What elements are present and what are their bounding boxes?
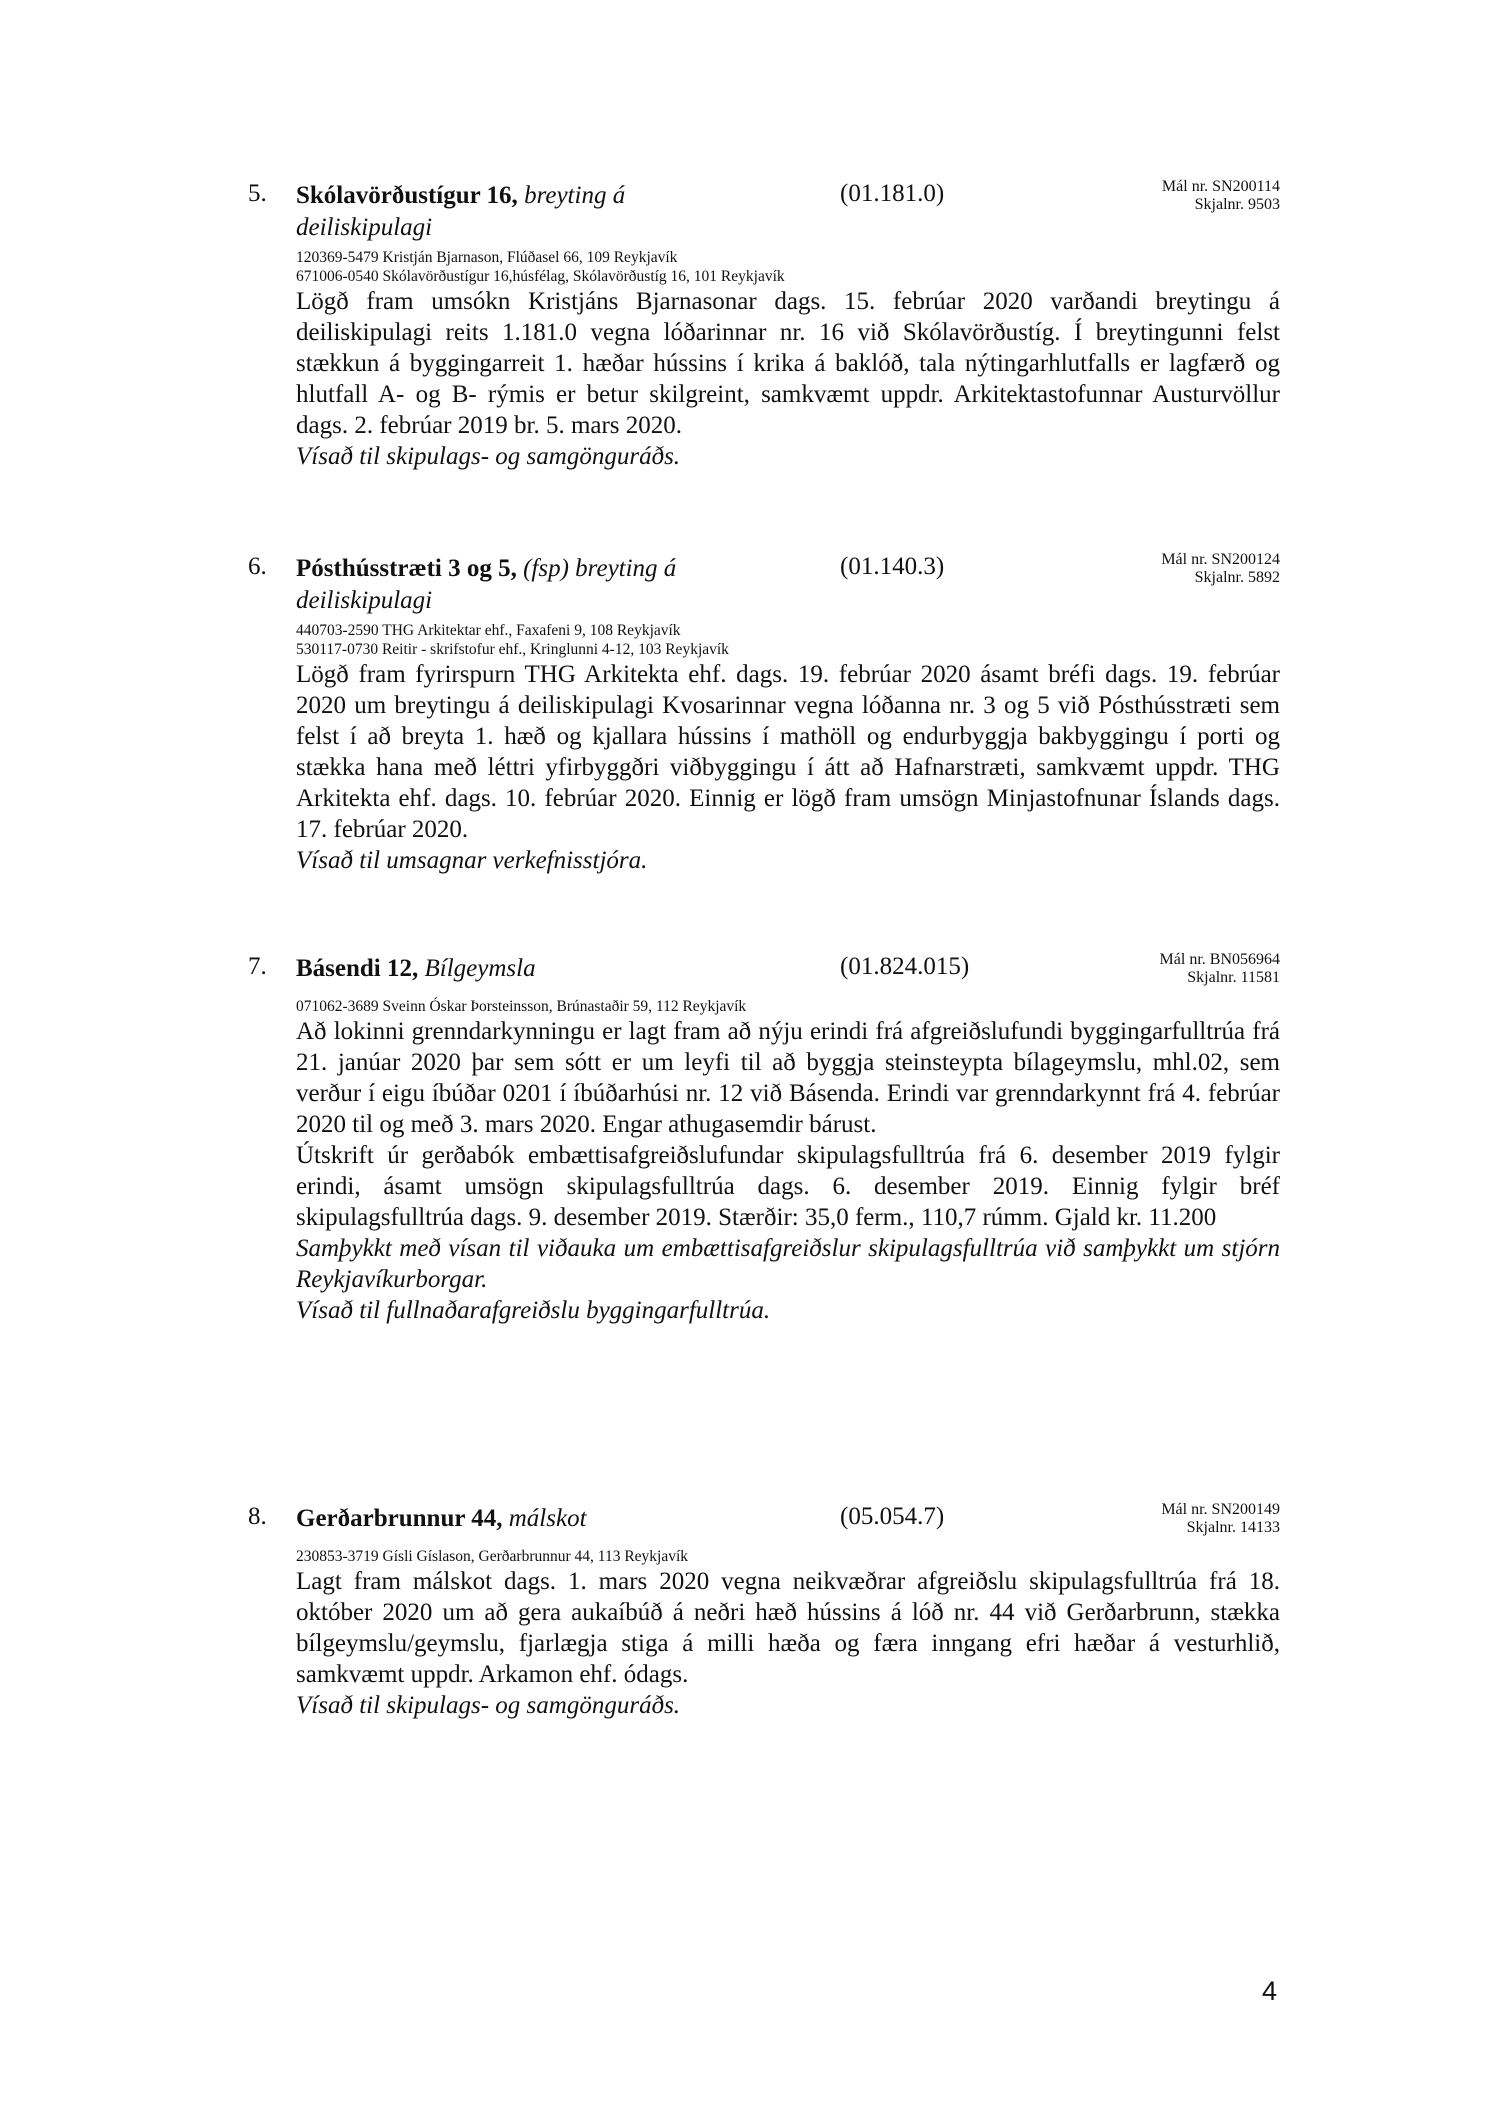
- item-decision: Vísað til fullnaðarafgreiðslu byggingarf…: [296, 1295, 1280, 1326]
- item-header: 8. Gerðarbrunnur 44, málskot (05.054.7) …: [248, 1503, 1280, 1547]
- item-body: Lagt fram málskot dags. 1. mars 2020 veg…: [296, 1566, 1280, 1721]
- item-title-address: Pósthússtræti 3 og 5,: [296, 555, 517, 582]
- case-number: Mál nr. SN200124: [1161, 551, 1280, 569]
- parties: 440703-2590 THG Arkitektar ehf., Faxafen…: [296, 621, 1280, 659]
- item-number: 6.: [248, 553, 267, 581]
- item-title-subject: málskot: [503, 1505, 587, 1532]
- item-title-subject: Bílgeymsla: [418, 955, 535, 982]
- party: 671006-0540 Skólavörðustígur 16,húsfélag…: [296, 267, 1280, 286]
- item-paragraph: Lögð fram umsókn Kristjáns Bjarnasonar d…: [296, 286, 1280, 441]
- page-number: 4: [1262, 1976, 1277, 2007]
- case-number: Mál nr. BN056964: [1160, 951, 1280, 969]
- land-code: (05.054.7): [840, 1503, 944, 1531]
- item-paragraph: Lagt fram málskot dags. 1. mars 2020 veg…: [296, 1566, 1280, 1690]
- land-code: (01.824.015): [840, 953, 969, 981]
- document-number: Skjalnr. 5892: [1161, 569, 1280, 587]
- agenda-item-6: 6. Pósthússtræti 3 og 5, (fsp) breyting …: [248, 553, 1280, 876]
- item-number: 7.: [248, 953, 267, 981]
- item-header: 7. Básendi 12, Bílgeymsla (01.824.015) M…: [248, 953, 1280, 997]
- item-header: 5. Skólavörðustígur 16, breyting á deili…: [248, 180, 1280, 248]
- item-title: Básendi 12, Bílgeymsla: [296, 953, 696, 985]
- document-number: Skjalnr. 9503: [1162, 196, 1280, 214]
- land-code: (01.181.0): [840, 180, 944, 208]
- item-title-address: Skólavörðustígur 16,: [296, 182, 518, 209]
- party: 120369-5479 Kristján Bjarnason, Flúðasel…: [296, 248, 1280, 267]
- case-reference: Mál nr. SN200114 Skjalnr. 9503: [1162, 178, 1280, 214]
- item-header: 6. Pósthússtræti 3 og 5, (fsp) breyting …: [248, 553, 1280, 621]
- party: 230853-3719 Gísli Gíslason, Gerðarbrunnu…: [296, 1547, 1280, 1566]
- agenda-item-5: 5. Skólavörðustígur 16, breyting á deili…: [248, 180, 1280, 472]
- item-decision: Vísað til skipulags- og samgönguráðs.: [296, 441, 1280, 472]
- item-body: Að lokinni grenndarkynningu er lagt fram…: [296, 1016, 1280, 1326]
- item-paragraph: Að lokinni grenndarkynningu er lagt fram…: [296, 1016, 1280, 1140]
- land-code: (01.140.3): [840, 553, 944, 581]
- case-number: Mál nr. SN200149: [1161, 1501, 1280, 1519]
- case-reference: Mál nr. SN200149 Skjalnr. 14133: [1161, 1501, 1280, 1537]
- party: 440703-2590 THG Arkitektar ehf., Faxafen…: [296, 621, 1280, 640]
- agenda-item-8: 8. Gerðarbrunnur 44, málskot (05.054.7) …: [248, 1503, 1280, 1721]
- item-number: 5.: [248, 180, 267, 208]
- item-paragraph: Lögð fram fyrirspurn THG Arkitekta ehf. …: [296, 659, 1280, 845]
- item-title: Gerðarbrunnur 44, málskot: [296, 1503, 696, 1535]
- parties: 120369-5479 Kristján Bjarnason, Flúðasel…: [296, 248, 1280, 286]
- item-title-address: Gerðarbrunnur 44,: [296, 1505, 503, 1532]
- parties: 071062-3689 Sveinn Óskar Þorsteinsson, B…: [296, 997, 1280, 1016]
- document-number: Skjalnr. 14133: [1161, 1519, 1280, 1537]
- party: 530117-0730 Reitir - skrifstofur ehf., K…: [296, 640, 1280, 659]
- item-body: Lögð fram umsókn Kristjáns Bjarnasonar d…: [296, 286, 1280, 472]
- case-reference: Mál nr. SN200124 Skjalnr. 5892: [1161, 551, 1280, 587]
- item-decision: Vísað til skipulags- og samgönguráðs.: [296, 1690, 1280, 1721]
- case-reference: Mál nr. BN056964 Skjalnr. 11581: [1160, 951, 1280, 987]
- party: 071062-3689 Sveinn Óskar Þorsteinsson, B…: [296, 997, 1280, 1016]
- agenda-item-7: 7. Básendi 12, Bílgeymsla (01.824.015) M…: [248, 953, 1280, 1326]
- item-number: 8.: [248, 1503, 267, 1531]
- item-title: Pósthússtræti 3 og 5, (fsp) breyting á d…: [296, 553, 696, 617]
- document-number: Skjalnr. 11581: [1160, 969, 1280, 987]
- item-paragraph: Útskrift úr gerðabók embættisafgreiðsluf…: [296, 1140, 1280, 1233]
- parties: 230853-3719 Gísli Gíslason, Gerðarbrunnu…: [296, 1547, 1280, 1566]
- item-body: Lögð fram fyrirspurn THG Arkitekta ehf. …: [296, 659, 1280, 876]
- item-decision: Vísað til umsagnar verkefnisstjóra.: [296, 845, 1280, 876]
- case-number: Mál nr. SN200114: [1162, 178, 1280, 196]
- item-decision: Samþykkt með vísan til viðauka um embætt…: [296, 1233, 1280, 1295]
- item-title-address: Básendi 12,: [296, 955, 418, 982]
- item-title: Skólavörðustígur 16, breyting á deiliski…: [296, 180, 696, 244]
